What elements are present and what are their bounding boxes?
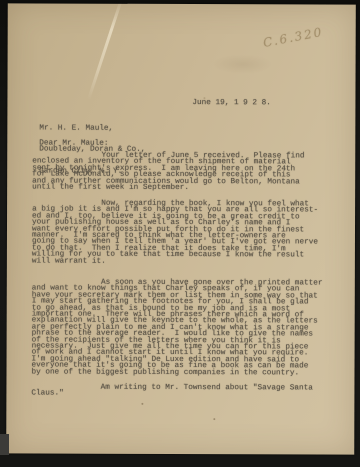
letter-paragraph-2: Now, regarding the book, I know you feel… xyxy=(32,200,318,265)
paper-crease xyxy=(87,3,123,100)
paper-speck xyxy=(213,418,215,420)
letter-paragraph-1: Your letter of June 5 received. Please f… xyxy=(32,152,304,191)
salutation: Dear Mr. Maule: xyxy=(39,141,108,148)
scanned-letter-scene: C.6.320 June 19, 1 9 2 8. Mr. H. E. Maul… xyxy=(0,0,360,467)
paper-speck xyxy=(141,403,143,405)
letter-paper: C.6.320 June 19, 1 9 2 8. Mr. H. E. Maul… xyxy=(6,3,356,454)
paper-smudge xyxy=(213,54,273,74)
date-line: June 19, 1 9 2 8. xyxy=(192,100,270,107)
letter-paragraph-4: Am writing to Mr. Townsend about "Savage… xyxy=(31,384,312,398)
letter-paragraph-3: As soon as you have gone over the printe… xyxy=(31,279,322,376)
recipient-name: Mr. H. E. Maule, xyxy=(39,125,145,133)
archival-annotation: C.6.320 xyxy=(262,25,324,50)
scan-border-notch xyxy=(0,434,9,455)
